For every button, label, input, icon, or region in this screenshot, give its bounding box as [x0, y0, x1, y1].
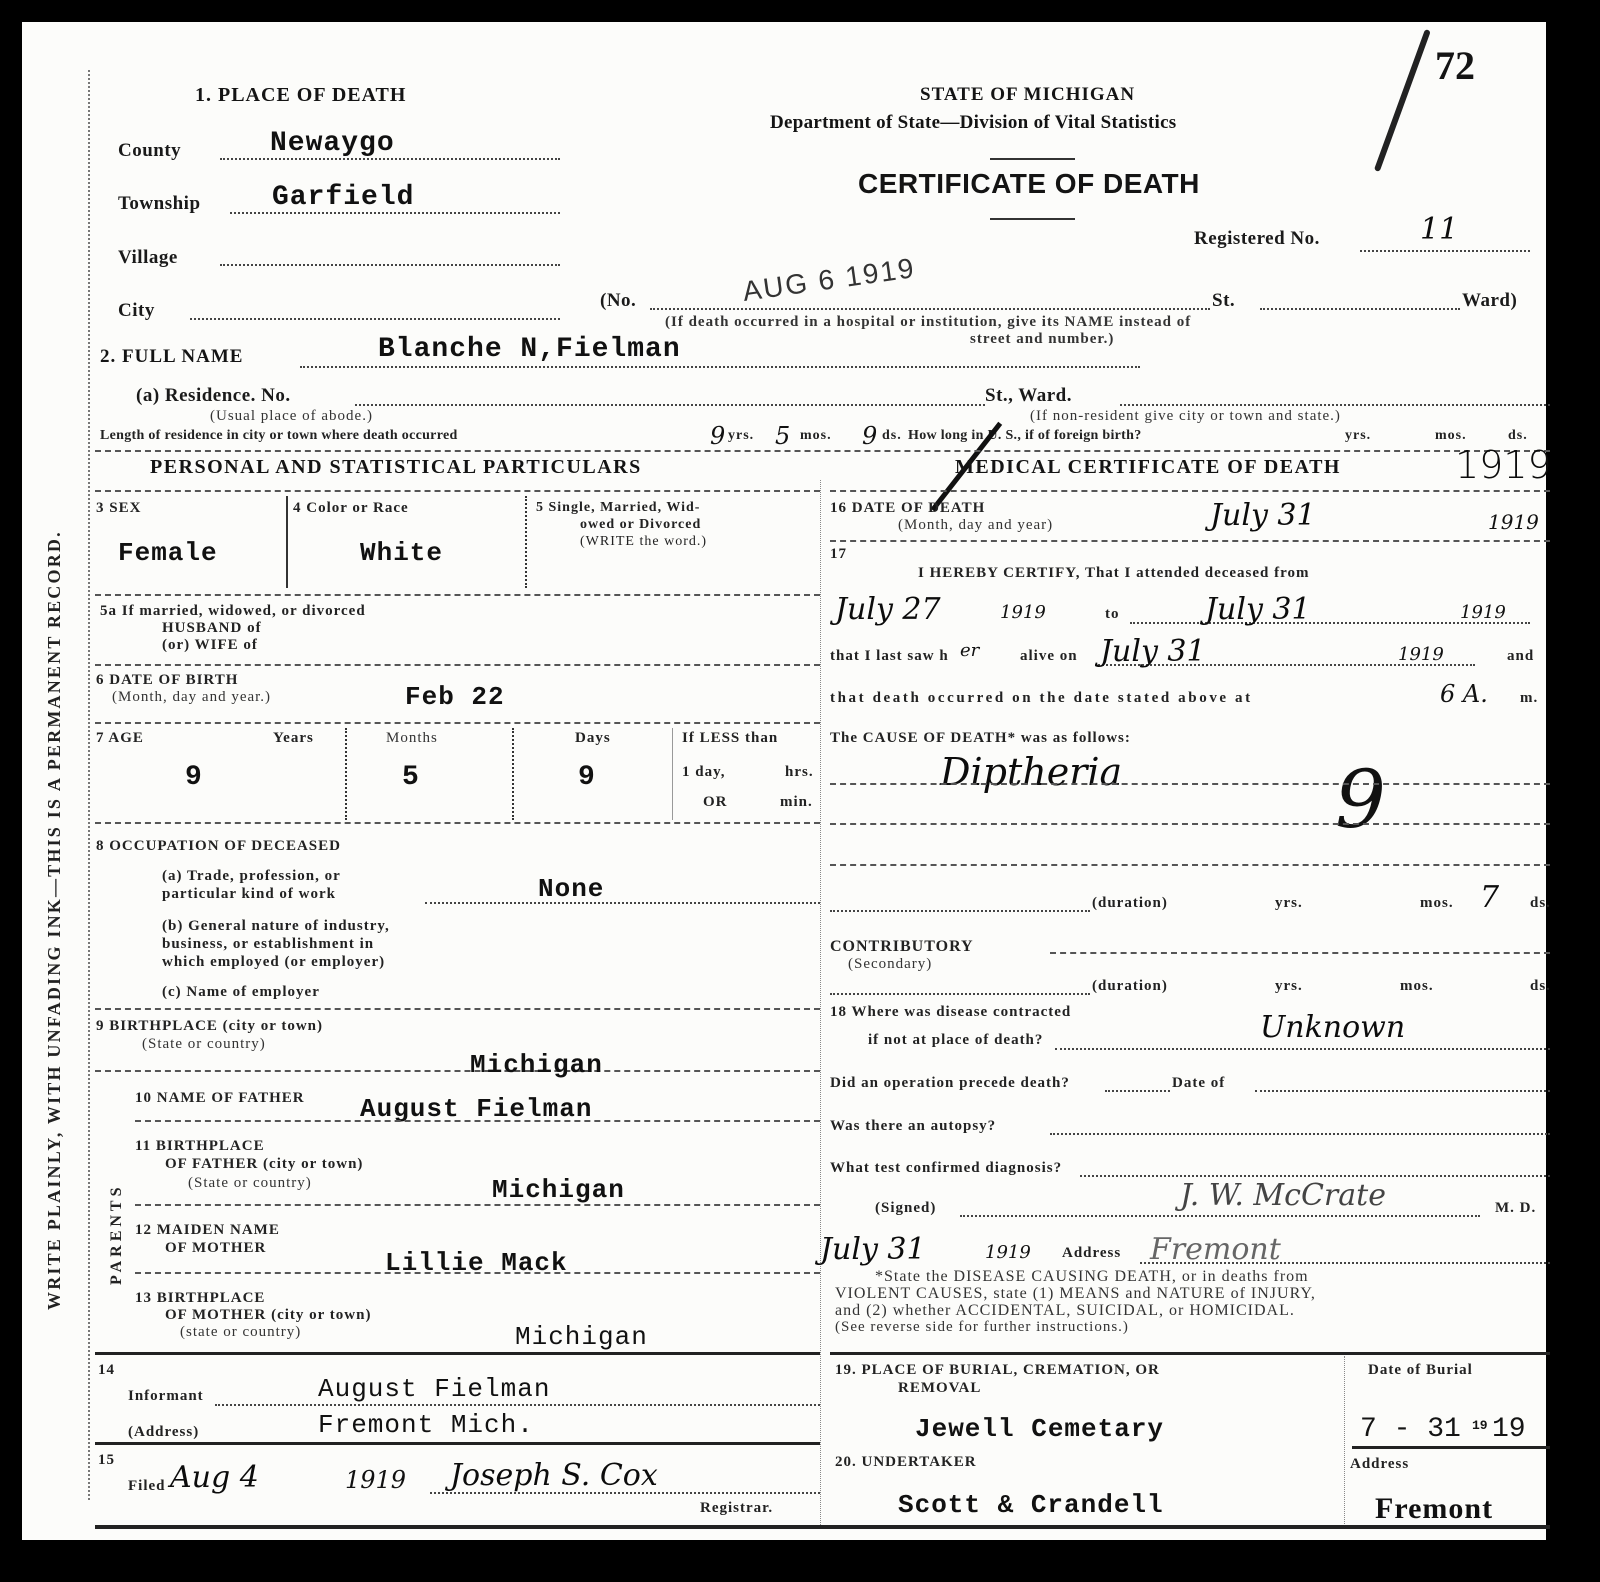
occupation-a-label: (a) Trade, profession, or [162, 868, 341, 885]
residence-label: (a) Residence. No. [136, 385, 291, 407]
footnote: *State the DISEASE CAUSING DEATH, or in … [875, 1268, 1309, 1286]
mos-label: mos. [800, 428, 832, 444]
cell-divider [286, 496, 288, 588]
hospital-note: (If death occurred in a hospital or inst… [665, 314, 1191, 331]
undertaker-address: Fremont [1375, 1492, 1493, 1526]
burial-year: 19 [1492, 1414, 1526, 1445]
footnote-4: (See reverse side for further instructio… [835, 1319, 1129, 1336]
duration-days: 7 [1480, 880, 1499, 915]
footnote-2: VIOLENT CAUSES, state (1) MEANS and NATU… [835, 1285, 1316, 1303]
date-of-death-note: (Month, day and year) [898, 517, 1053, 534]
m-label: m. [1520, 690, 1538, 707]
time-of-death-label: that death occurred on the date stated a… [830, 690, 1253, 707]
filed-label: Filed [128, 1478, 166, 1495]
state-name: STATE OF MICHIGAN [920, 84, 1135, 106]
mother-birthplace-label-2: OF MOTHER (city or town) [165, 1307, 371, 1324]
attended-to: July 31 [1205, 592, 1311, 627]
employer-label: (c) Name of employer [162, 984, 320, 1001]
residence-note: (Usual place of abode.) [210, 408, 373, 425]
contracted-label: 18 Where was disease contracted [830, 1004, 1071, 1021]
village-label: Village [118, 247, 178, 269]
registrar-signature: Joseph S. Cox [450, 1458, 658, 1493]
underline [830, 993, 1090, 995]
underline [960, 1215, 1480, 1217]
less-than-label: If LESS than [682, 730, 778, 747]
attended-to-year: 1919 [1460, 602, 1506, 623]
cause-of-death: Diptheria [940, 750, 1122, 794]
rule [95, 1008, 820, 1010]
township-label: Township [118, 193, 201, 215]
footnote-3: and (2) whether ACCIDENTAL, SUICIDAL, or… [835, 1302, 1295, 1320]
father-label: 10 NAME OF FATHER [135, 1090, 305, 1107]
age-days: 9 [578, 762, 596, 793]
cell-divider [672, 728, 673, 820]
operation-date-label: Date of [1172, 1075, 1225, 1092]
margin-instruction: WRITE PLAINLY, WITH UNFADING INK—THIS IS… [44, 530, 65, 1310]
min-label: min. [780, 794, 813, 811]
medical-section-heading: MEDICAL CERTIFICATE OF DEATH [955, 456, 1341, 479]
divider [990, 158, 1075, 160]
contributory-note: (Secondary) [848, 956, 932, 973]
underline [425, 902, 820, 904]
occupation-a-label-2: particular kind of work [162, 886, 336, 903]
spouse-label: 5a If married, widowed, or divorced [100, 603, 366, 620]
underline [1080, 1175, 1550, 1177]
year-annotation: 1919 [1455, 443, 1552, 487]
date-of-death-year: 1919 [1488, 510, 1539, 534]
burial-place-label: 19. PLACE OF BURIAL, CREMATION, OR [835, 1362, 1160, 1379]
occupation-b-label-3: which employed (or employer) [162, 954, 385, 971]
undertaker-address-label: Address [1350, 1456, 1409, 1473]
duration-yrs-label-2: yrs. [1275, 978, 1303, 995]
underline [1055, 1048, 1550, 1050]
registered-no-label: Registered No. [1194, 228, 1320, 250]
rule [830, 490, 1550, 492]
personal-section-heading: PERSONAL AND STATISTICAL PARTICULARS [150, 456, 642, 479]
attended-from-year: 1919 [1000, 602, 1046, 623]
duration-yrs-label: yrs. [1275, 895, 1303, 912]
underline [355, 404, 985, 406]
marital-label-3: (WRITE the word.) [580, 534, 707, 550]
column-divider [820, 480, 821, 1525]
ward-label: Ward) [1462, 290, 1517, 312]
attended-from: July 27 [835, 592, 941, 627]
underline [220, 264, 560, 266]
township-value: Garfield [272, 182, 414, 213]
sex-label: 3 SEX [96, 500, 141, 517]
underline [1120, 404, 1550, 406]
underline [1105, 1090, 1170, 1092]
informant-address-label: (Address) [128, 1424, 199, 1441]
file-number: 72 [1435, 42, 1475, 89]
rule [830, 783, 1550, 785]
to-label: to [1105, 606, 1120, 623]
underline [215, 1404, 820, 1406]
and-label: and [1507, 648, 1534, 665]
full-name-label: 2. FULL NAME [100, 346, 243, 368]
burial-year-prefix: 19 [1472, 1418, 1488, 1433]
date-of-death: July 31 [1210, 498, 1316, 533]
registered-no-value: 11 [1420, 212, 1458, 247]
dob-note: (Month, day and year.) [112, 689, 271, 706]
rule [95, 1070, 820, 1072]
spouse-label-2: HUSBAND of [162, 620, 262, 637]
time-of-death: 6 A. [1440, 680, 1488, 708]
mother-birthplace-label: 13 BIRTHPLACE [135, 1290, 265, 1307]
test-label: What test confirmed diagnosis? [830, 1160, 1062, 1177]
rule [95, 490, 820, 492]
parents-label: PARENTS [108, 1184, 126, 1286]
contracted-value: Unknown [1260, 1010, 1405, 1045]
cell-divider [512, 728, 514, 820]
hrs-label: hrs. [785, 764, 814, 781]
duration-label-2: (duration) [1092, 978, 1168, 995]
or-label: OR [703, 794, 728, 811]
st-label: St. [1212, 290, 1235, 312]
physician-signature: J. W. McCrate [1180, 1178, 1386, 1213]
one-day-label: 1 day, [682, 764, 726, 781]
mother-birthplace-label-3: (state or country) [180, 1324, 301, 1341]
duration-mos-label-2: mos. [1400, 978, 1434, 995]
underline [1255, 1090, 1550, 1092]
handwritten-mark: 9 [1335, 760, 1386, 840]
birthplace-label: 9 BIRTHPLACE (city or town) [96, 1018, 323, 1035]
dob-value: Feb 22 [405, 682, 505, 712]
rule [95, 450, 1550, 452]
sex-value: Female [118, 538, 218, 568]
years-label: Years [273, 730, 314, 747]
mother-birthplace-value: Michigan [515, 1322, 648, 1352]
rule [95, 594, 820, 596]
divider [990, 218, 1075, 220]
last-saw-label: that I last saw h [830, 648, 949, 665]
residence-days: 9 [862, 422, 877, 450]
race-value: White [360, 538, 443, 568]
rule [95, 664, 820, 666]
last-saw-date: July 31 [1100, 634, 1206, 669]
underline [1050, 1133, 1550, 1135]
foreign-birth-label: How long in U. S., if of foreign birth? [908, 428, 1142, 444]
yrs-label: yrs. [728, 428, 754, 444]
cell-divider [1344, 1356, 1345, 1526]
alive-on-label: alive on [1020, 648, 1078, 665]
dob-label: 6 DATE OF BIRTH [96, 672, 238, 689]
age-label: 7 AGE [96, 730, 144, 747]
foreign-ds-label: ds. [1508, 428, 1528, 444]
county-value: Newaygo [270, 128, 395, 159]
section-rule [95, 1442, 820, 1445]
signed-label: (Signed) [875, 1200, 936, 1217]
cell-divider [345, 728, 347, 820]
department: Department of State—Division of Vital St… [770, 112, 1177, 134]
duration-mos-label: mos. [1420, 895, 1454, 912]
length-of-residence-label: Length of residence in city or town wher… [100, 428, 458, 444]
age-months: 5 [402, 762, 420, 793]
signed-date: July 31 [820, 1232, 926, 1267]
autopsy-label: Was there an autopsy? [830, 1118, 996, 1135]
bottom-rule [95, 1525, 1550, 1529]
cause-of-death-label: The CAUSE OF DEATH* was as follows: [830, 730, 1131, 747]
operation-label: Did an operation precede death? [830, 1075, 1070, 1092]
burial-date-label: Date of Burial [1368, 1362, 1473, 1379]
filed-date: Aug 4 [170, 1460, 259, 1495]
occupation-value: None [538, 874, 604, 904]
marital-label-2: owed or Divorced [580, 517, 701, 533]
burial-place: Jewell Cemetary [915, 1414, 1164, 1444]
days-label: Days [575, 730, 611, 747]
section-rule [95, 1352, 820, 1355]
father-birthplace-label: 11 BIRTHPLACE [135, 1138, 265, 1155]
rule [830, 540, 1550, 542]
duration-ds-label-2: ds. [1530, 978, 1551, 995]
underline [300, 366, 1140, 368]
nonresident-note: (If non-resident give city or town and s… [1030, 408, 1341, 425]
left-margin-line [88, 70, 90, 1500]
father-birthplace-label-3: (State or country) [188, 1175, 312, 1192]
foreign-yrs-label: yrs. [1345, 428, 1371, 444]
rule [135, 1204, 820, 1206]
underline [1260, 308, 1460, 310]
ds-label: ds. [882, 428, 902, 444]
race-label: 4 Color or Race [293, 500, 409, 517]
underline [190, 318, 560, 320]
residence-st-label: St., Ward. [985, 385, 1072, 407]
occupation-b-label-2: business, or establishment in [162, 936, 374, 953]
filed-year: 1919 [345, 1466, 406, 1494]
certify-number: 17 [830, 546, 847, 563]
county-label: County [118, 140, 181, 162]
md-label: M. D. [1495, 1200, 1536, 1217]
physician-address-label: Address [1062, 1245, 1121, 1262]
informant-value: August Fielman [318, 1374, 550, 1404]
marital-label: 5 Single, Married, Wid- [536, 500, 700, 516]
father-birthplace-label-2: OF FATHER (city or town) [165, 1156, 363, 1173]
contracted-label-2: if not at place of death? [868, 1032, 1043, 1049]
birthplace-note: (State or country) [142, 1036, 266, 1053]
rule [135, 1120, 820, 1122]
date-of-death-label: 16 DATE OF DEATH [830, 500, 985, 517]
underline [830, 910, 1090, 912]
underline [650, 308, 1210, 310]
informant-number: 14 [98, 1362, 115, 1379]
contributory-label: CONTRIBUTORY [830, 938, 974, 956]
rule [1352, 1446, 1550, 1449]
filed-number: 15 [98, 1452, 115, 1469]
rule [95, 722, 820, 724]
occupation-label: 8 OCCUPATION OF DECEASED [96, 838, 341, 855]
registrar-label: Registrar. [700, 1500, 773, 1517]
rule [830, 864, 1550, 866]
undertaker-label: 20. UNDERTAKER [835, 1454, 977, 1471]
age-years: 9 [185, 762, 203, 793]
father-birthplace-value: Michigan [492, 1175, 625, 1205]
foreign-mos-label: mos. [1435, 428, 1467, 444]
section-rule [830, 1352, 1550, 1355]
last-saw-year: 1919 [1398, 644, 1444, 665]
place-of-death-heading: 1. PLACE OF DEATH [195, 84, 406, 107]
rule [135, 1272, 820, 1274]
full-name-value: Blanche N,Fielman [378, 334, 681, 365]
residence-years: 9 [710, 422, 725, 450]
residence-months: 5 [775, 422, 790, 450]
rule [830, 823, 1550, 825]
informant-address: Fremont Mich. [318, 1410, 534, 1440]
rule [95, 822, 820, 824]
duration-ds-label: ds. [1530, 895, 1551, 912]
informant-label: Informant [128, 1388, 204, 1405]
rule [1050, 952, 1550, 954]
months-label: Months [386, 730, 438, 747]
last-saw-pronoun: er [960, 640, 979, 661]
street-no-label: (No. [600, 290, 636, 312]
burial-removal-label: REMOVAL [898, 1380, 981, 1397]
occupation-b-label: (b) General nature of industry, [162, 918, 390, 935]
birthplace-value: Michigan [470, 1050, 603, 1080]
signed-year: 1919 [985, 1242, 1031, 1263]
burial-date: 7 - 31 [1360, 1414, 1461, 1445]
underline [1360, 250, 1530, 252]
page-title: CERTIFICATE OF DEATH [858, 168, 1200, 200]
underline [1140, 1262, 1550, 1264]
mother-label-2: OF MOTHER [165, 1240, 266, 1257]
mother-label: 12 MAIDEN NAME [135, 1222, 280, 1239]
cell-divider [525, 496, 527, 588]
duration-label: (duration) [1092, 895, 1168, 912]
undertaker: Scott & Crandell [898, 1490, 1164, 1520]
spouse-label-3: (or) WIFE of [162, 637, 258, 654]
city-label: City [118, 300, 155, 322]
hospital-note-2: street and number.) [970, 331, 1114, 348]
certify-text: I HEREBY CERTIFY, That I attended deceas… [918, 565, 1310, 582]
